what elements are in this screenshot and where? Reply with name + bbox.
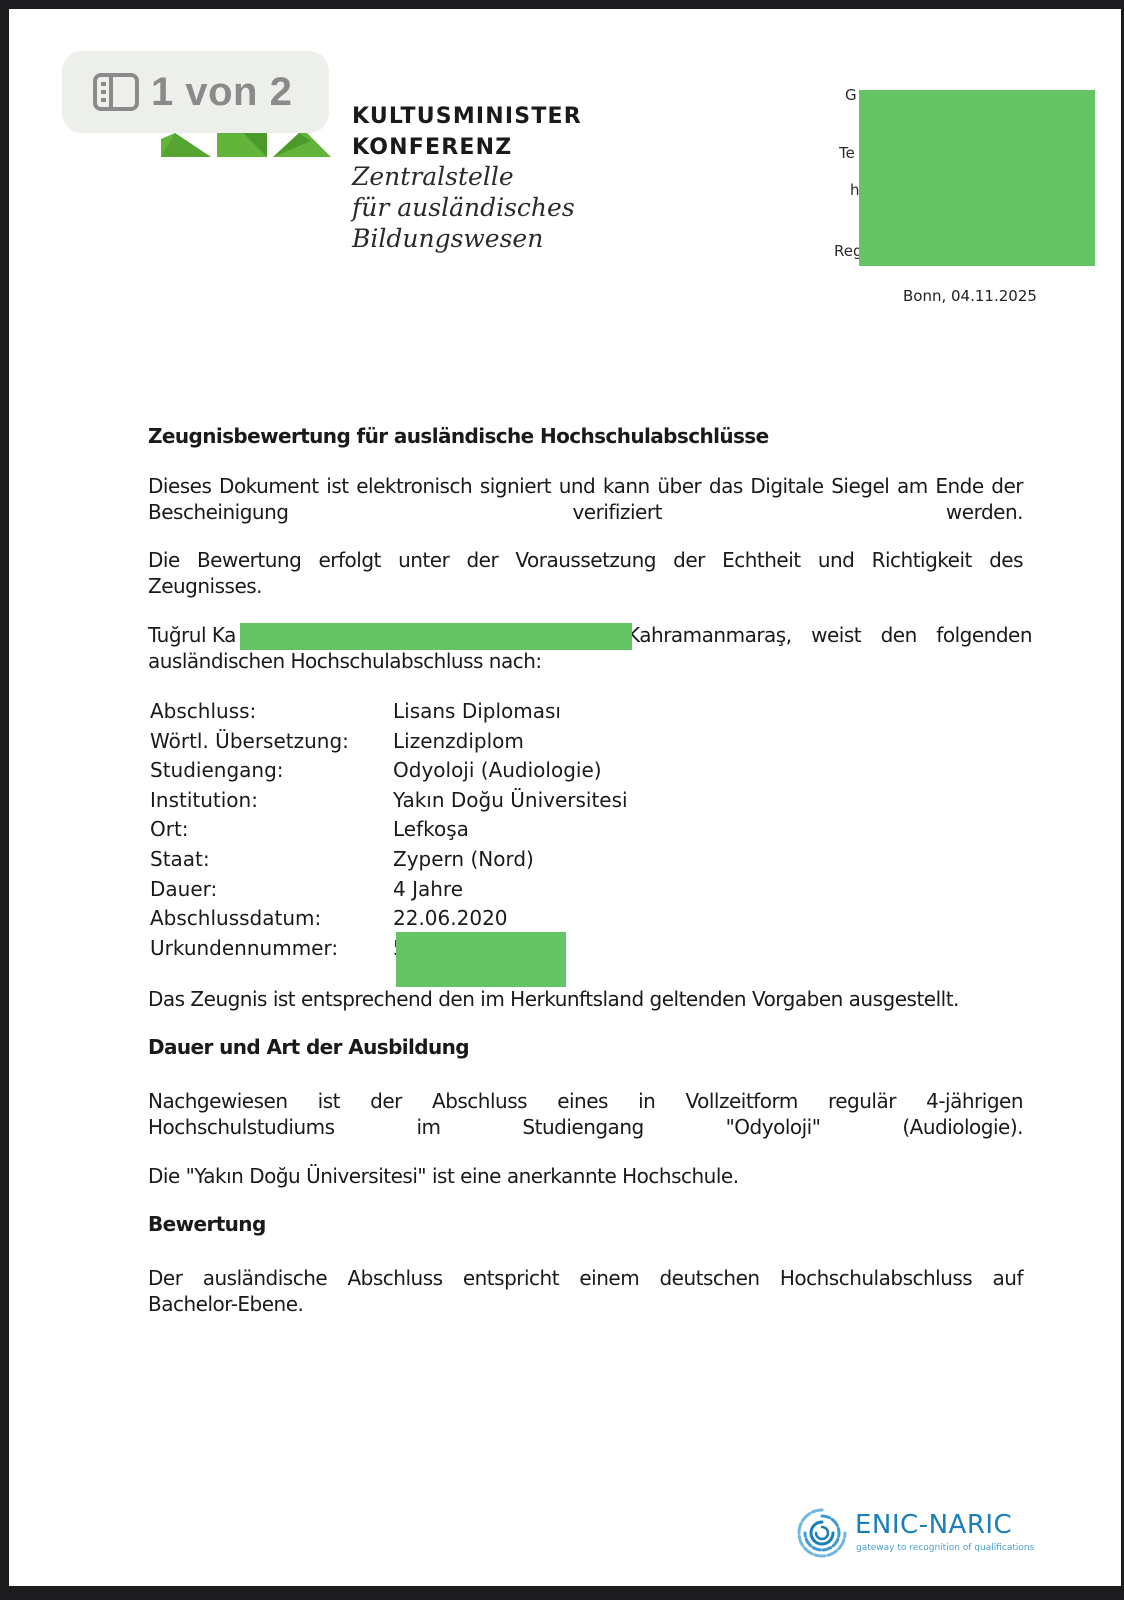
enic-naric-swirl-icon: [795, 1506, 849, 1560]
section-heading-evaluation: Bewertung: [148, 1212, 266, 1236]
detail-row-abschlussdatum: Abschlussdatum: 22.06.2020: [150, 904, 628, 934]
detail-value: Lisans Diploması: [393, 697, 561, 727]
detail-value: 4 Jahre: [393, 875, 463, 905]
detail-label: Abschluss:: [150, 697, 393, 727]
section-heading-duration: Dauer und Art der Ausbildung: [148, 1035, 469, 1059]
detail-row-uebersetzung: Wörtl. Übersetzung: Lizenzdiplom: [150, 727, 628, 757]
detail-value: Lizenzdiplom: [393, 727, 524, 757]
paragraph-issued: Das Zeugnis ist entsprechend den im Herk…: [148, 987, 959, 1011]
document-title: Zeugnisbewertung für ausländische Hochsc…: [148, 424, 769, 448]
detail-row-institution: Institution: Yakın Doğu Üniversitesi: [150, 786, 628, 816]
document-date: Bonn, 04.11.2025: [903, 287, 1037, 305]
detail-value: Zypern (Nord): [393, 845, 534, 875]
org-subtitle: Zentralstelle für ausländisches Bildungs…: [352, 161, 575, 254]
holder-birthplace-text: Kahramanmaraş, weist den folgenden: [627, 623, 1032, 647]
enic-naric-tagline: gateway to recognition of qualifications: [856, 1543, 1034, 1553]
page-indicator-badge[interactable]: 1 von 2: [62, 51, 329, 133]
paragraph-evaluation: Der ausländische Abschluss entspricht ei…: [148, 1265, 1023, 1317]
detail-row-dauer: Dauer: 4 Jahre: [150, 875, 628, 905]
enic-naric-title: ENIC-NARIC: [855, 1510, 1012, 1540]
paragraph-proven: Nachgewiesen ist der Abschluss eines in …: [148, 1088, 1023, 1140]
detail-label: Staat:: [150, 845, 393, 875]
holder-line-2: ausländischen Hochschulabschluss nach:: [148, 649, 542, 673]
detail-label: Abschlussdatum:: [150, 904, 393, 934]
page-indicator-text: 1 von 2: [151, 70, 292, 115]
address-line-1: G: [845, 86, 857, 104]
org-subtitle-line1: Zentralstelle: [352, 161, 575, 192]
address-line-2: Te: [839, 144, 855, 162]
detail-label: Institution:: [150, 786, 393, 816]
paragraph-signature: Dieses Dokument ist elektronisch signier…: [148, 473, 1023, 525]
detail-value: 22.06.2020: [393, 904, 508, 934]
detail-row-staat: Staat: Zypern (Nord): [150, 845, 628, 875]
document-page: 1 von 2 KULTUSMINISTER KONFERENZ Zentral…: [9, 9, 1121, 1586]
redaction-box-certificate-number: [396, 932, 566, 987]
org-subtitle-line2: für ausländisches: [352, 192, 575, 223]
redaction-box-address: [859, 90, 1095, 266]
org-subtitle-line3: Bildungswesen: [352, 223, 575, 254]
detail-row-abschluss: Abschluss: Lisans Diploması: [150, 697, 628, 727]
org-name: KULTUSMINISTER KONFERENZ: [352, 101, 582, 163]
detail-label: Dauer:: [150, 875, 393, 905]
kmk-logo-icon: [161, 133, 331, 157]
sidebar-toggle-icon[interactable]: [93, 73, 139, 111]
org-name-line1: KULTUSMINISTER: [352, 101, 582, 132]
detail-value: Yakın Doğu Üniversitesi: [393, 786, 628, 816]
paragraph-condition: Die Bewertung erfolgt unter der Vorausse…: [148, 547, 1023, 599]
detail-label: Urkundennummer:: [150, 934, 393, 964]
org-name-line2: KONFERENZ: [352, 132, 582, 163]
detail-value: Odyoloji (Audiologie): [393, 756, 602, 786]
paragraph-recognized: Die "Yakın Doğu Üniversitesi" ist eine a…: [148, 1164, 739, 1188]
detail-row-studiengang: Studiengang: Odyoloji (Audiologie): [150, 756, 628, 786]
detail-row-ort: Ort: Lefkoşa: [150, 815, 628, 845]
holder-name-prefix: Tuğrul Ka: [148, 623, 236, 647]
enic-naric-logo: ENIC-NARIC gateway to recognition of qua…: [795, 1506, 1045, 1562]
redaction-box-holder: [240, 623, 632, 650]
detail-label: Studiengang:: [150, 756, 393, 786]
detail-label: Ort:: [150, 815, 393, 845]
detail-value: Lefkoşa: [393, 815, 469, 845]
detail-label: Wörtl. Übersetzung:: [150, 727, 393, 757]
degree-details-table: Abschluss: Lisans Diploması Wörtl. Übers…: [150, 697, 628, 963]
